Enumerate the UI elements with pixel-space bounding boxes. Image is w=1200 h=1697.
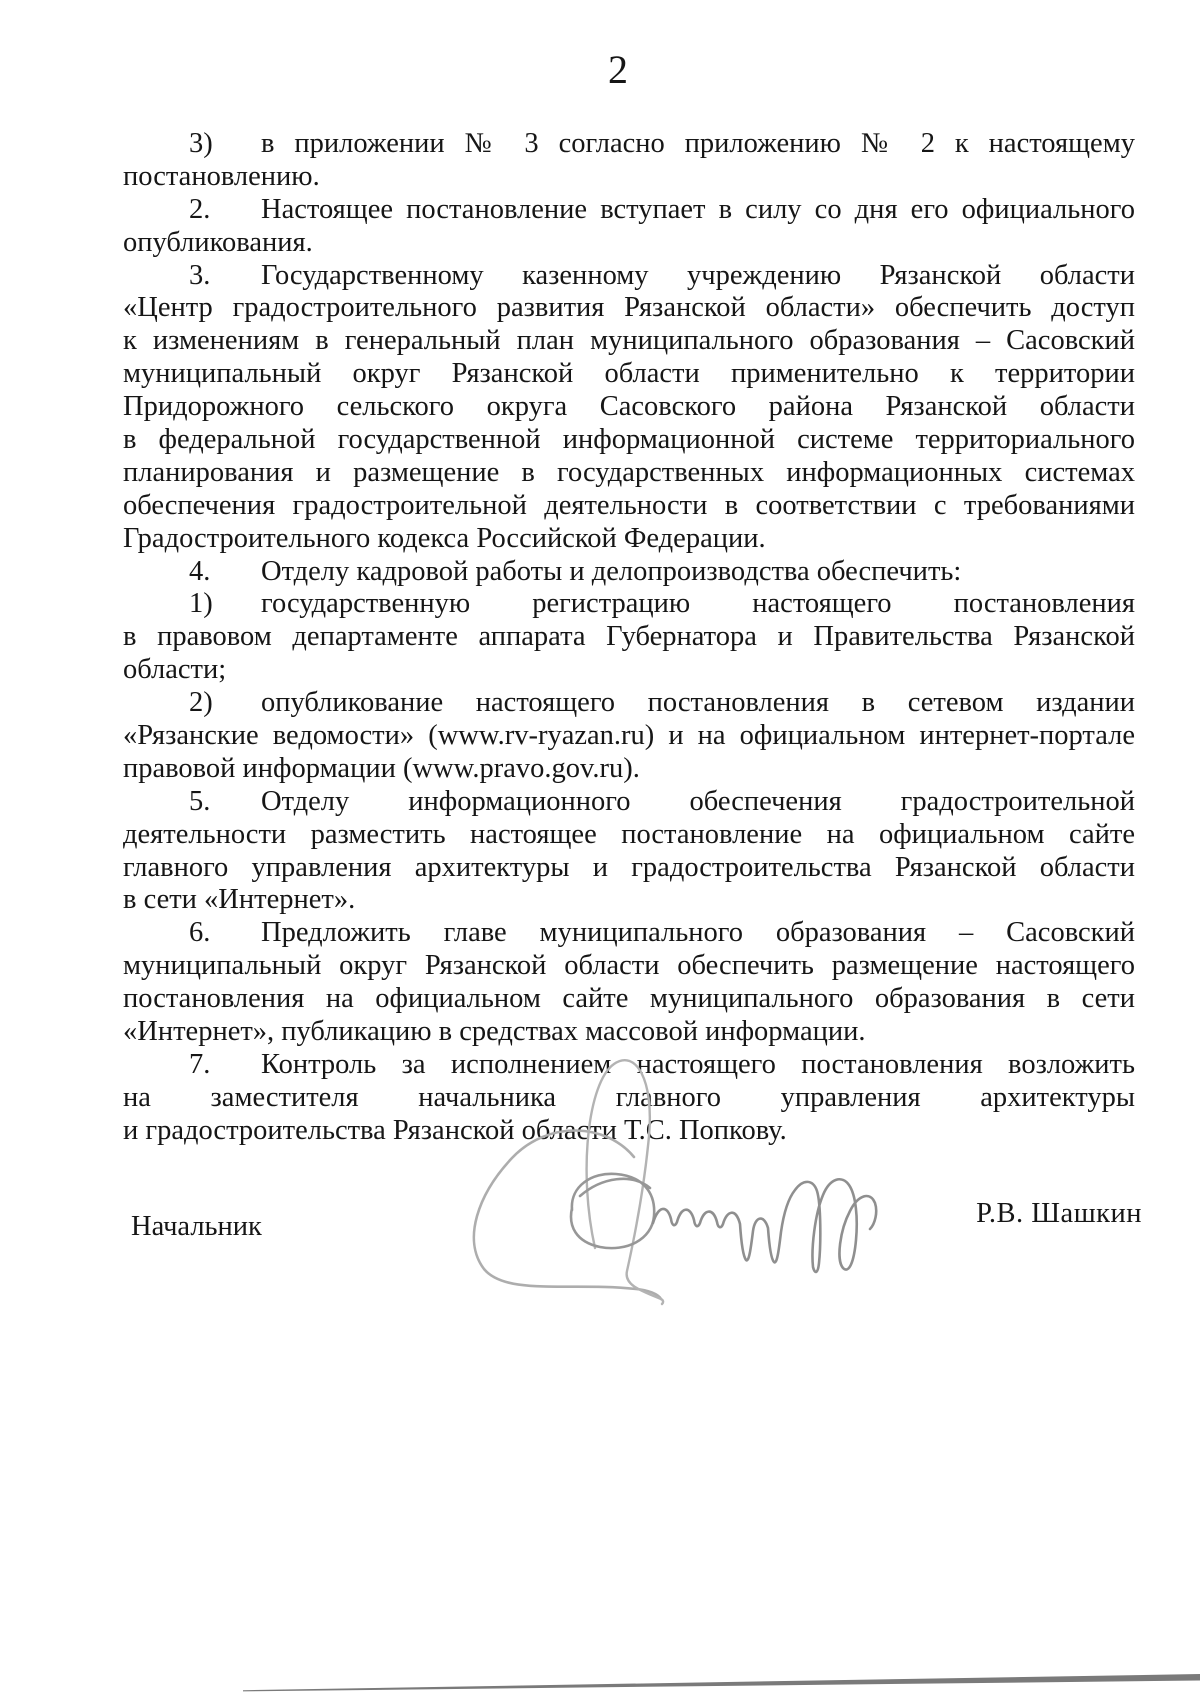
- text-line: планирования и размещение в государствен…: [123, 457, 1135, 490]
- line-text: «Рязанские ведомости» (www.rv-ryazan.ru)…: [123, 720, 1135, 751]
- text-line: «Центр градостроительного развития Рязан…: [123, 292, 1135, 325]
- list-number: 2): [189, 687, 261, 720]
- paragraph: 4.Отделу кадровой работы и делопроизводс…: [123, 556, 1135, 589]
- line-text: государственную регистрацию настоящего п…: [261, 588, 1135, 619]
- text-line: 3)в приложении № 3 согласно приложению №…: [123, 128, 1135, 161]
- list-number: 3): [189, 128, 261, 161]
- line-text: «Центр градостроительного развития Рязан…: [123, 292, 1135, 323]
- line-text: области;: [123, 654, 226, 685]
- text-line: Придорожного сельского округа Сасовского…: [123, 391, 1135, 424]
- line-text: Отделу кадровой работы и делопроизводств…: [261, 556, 961, 587]
- text-line: «Рязанские ведомости» (www.rv-ryazan.ru)…: [123, 720, 1135, 753]
- text-line: 3.Государственному казенному учреждению …: [123, 260, 1135, 293]
- line-text: Предложить главе муниципального образова…: [261, 917, 1135, 948]
- text-line: к изменениям в генеральный план муниципа…: [123, 325, 1135, 358]
- line-text: планирования и размещение в государствен…: [123, 457, 1135, 488]
- list-number: 3.: [189, 260, 261, 293]
- line-text: главного управления архитектуры и градос…: [123, 852, 1135, 883]
- line-text: в федеральной государственной информацио…: [123, 424, 1135, 455]
- paragraph: 2)опубликование настоящего постановления…: [123, 687, 1135, 786]
- text-line: муниципальный округ Рязанской области об…: [123, 950, 1135, 983]
- handwritten-signature-icon: [420, 1020, 890, 1320]
- signatory-title: Начальник: [131, 1210, 262, 1243]
- list-number: 6.: [189, 917, 261, 950]
- paragraph: 2.Настоящее постановление вступает в сил…: [123, 194, 1135, 260]
- line-text: постановления на официальном сайте муниц…: [123, 983, 1135, 1014]
- text-line: главного управления архитектуры и градос…: [123, 852, 1135, 885]
- text-line: правовой информации (www.pravo.gov.ru).: [123, 753, 1135, 786]
- line-text: к изменениям в генеральный план муниципа…: [123, 325, 1135, 356]
- text-line: в сети «Интернет».: [123, 884, 1135, 917]
- text-line: муниципальный округ Рязанской области пр…: [123, 358, 1135, 391]
- scan-artifact-line: [0, 1664, 1200, 1694]
- line-text: обеспечения градостроительной деятельнос…: [123, 490, 1135, 521]
- text-line: области;: [123, 654, 1135, 687]
- page-number: 2: [608, 50, 628, 90]
- list-number: 5.: [189, 786, 261, 819]
- list-number: 7.: [189, 1049, 261, 1082]
- text-line: обеспечения градостроительной деятельнос…: [123, 490, 1135, 523]
- text-line: Градостроительного кодекса Российской Фе…: [123, 523, 1135, 556]
- line-text: в приложении № 3 согласно приложению № 2…: [261, 128, 1135, 159]
- text-line: постановления на официальном сайте муниц…: [123, 983, 1135, 1016]
- text-line: 2)опубликование настоящего постановления…: [123, 687, 1135, 720]
- line-text: постановлению.: [123, 161, 320, 192]
- text-line: деятельности разместить настоящее постан…: [123, 819, 1135, 852]
- line-text: муниципальный округ Рязанской области пр…: [123, 358, 1135, 389]
- line-text: деятельности разместить настоящее постан…: [123, 819, 1135, 850]
- text-line: опубликования.: [123, 227, 1135, 260]
- paragraph: 5.Отделу информационного обеспечения гра…: [123, 786, 1135, 918]
- text-line: в правовом департаменте аппарата Губерна…: [123, 621, 1135, 654]
- text-line: 5.Отделу информационного обеспечения гра…: [123, 786, 1135, 819]
- list-number: 4.: [189, 556, 261, 589]
- line-text: Придорожного сельского округа Сасовского…: [123, 391, 1135, 422]
- paragraph: 1)государственную регистрацию настоящего…: [123, 588, 1135, 687]
- line-text: правовой информации (www.pravo.gov.ru).: [123, 753, 640, 784]
- list-number: 2.: [189, 194, 261, 227]
- line-text: Настоящее постановление вступает в силу …: [261, 194, 1135, 225]
- line-text: Градостроительного кодекса Российской Фе…: [123, 523, 766, 554]
- signatory-name: Р.В. Шашкин: [976, 1197, 1142, 1230]
- line-text: муниципальный округ Рязанской области об…: [123, 950, 1135, 981]
- document-body: 3)в приложении № 3 согласно приложению №…: [123, 128, 1135, 1148]
- paragraph: 3)в приложении № 3 согласно приложению №…: [123, 128, 1135, 194]
- line-text: в сети «Интернет».: [123, 884, 355, 915]
- text-line: 2.Настоящее постановление вступает в сил…: [123, 194, 1135, 227]
- line-text: опубликования.: [123, 227, 313, 258]
- line-text: Отделу информационного обеспечения градо…: [261, 786, 1135, 817]
- line-text: в правовом департаменте аппарата Губерна…: [123, 621, 1135, 652]
- paragraph: 3.Государственному казенному учреждению …: [123, 260, 1135, 556]
- line-text: Государственному казенному учреждению Ря…: [261, 260, 1135, 291]
- document-page: 2 3)в приложении № 3 согласно приложению…: [0, 0, 1200, 1697]
- list-number: 1): [189, 588, 261, 621]
- text-line: постановлению.: [123, 161, 1135, 194]
- text-line: 6.Предложить главе муниципального образо…: [123, 917, 1135, 950]
- text-line: 1)государственную регистрацию настоящего…: [123, 588, 1135, 621]
- text-line: 4.Отделу кадровой работы и делопроизводс…: [123, 556, 1135, 589]
- text-line: в федеральной государственной информацио…: [123, 424, 1135, 457]
- line-text: опубликование настоящего постановления в…: [261, 687, 1135, 718]
